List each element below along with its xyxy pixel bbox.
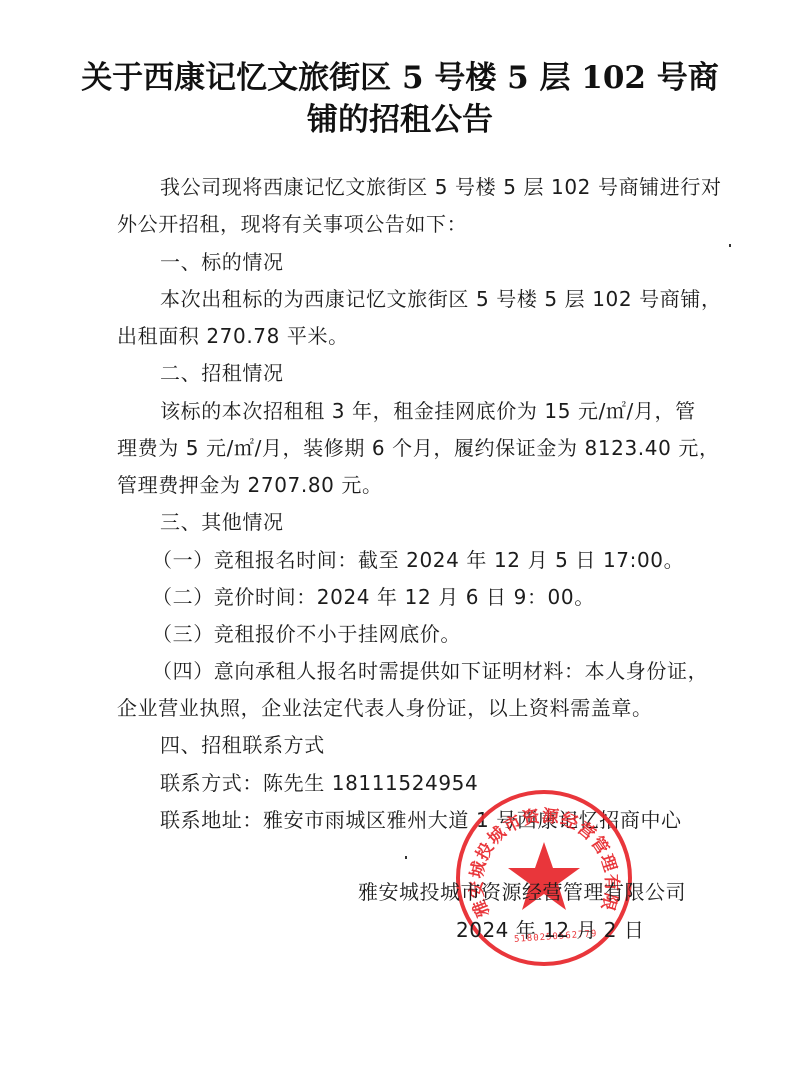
intro-line-1: 我公司现将西康记忆文旅街区 5 号楼 5 层 102 号商铺进行对: [160, 171, 722, 200]
intro-line-2: 外公开招租，现将有关事项公告如下：: [117, 208, 467, 237]
title-line-2: 铺的招租公告: [60, 94, 740, 139]
section-heading-2: 二、招租情况: [160, 357, 284, 386]
section-3-item-4: （四）意向承租人报名时需提供如下证明材料：本人身份证，: [152, 655, 708, 684]
section-2-line-3: 管理费押金为 2707.80 元。: [117, 469, 383, 498]
contact-phone: 联系方式：陈先生 18111524954: [160, 767, 478, 796]
signature-date: 2024 年 12 月 2 日: [456, 914, 644, 943]
scan-speck: [405, 856, 407, 859]
section-2-line-1: 该标的本次招租租 3 年，租金挂网底价为 15 元/㎡/月，管: [160, 395, 696, 424]
section-3-item-4-cont: 企业营业执照，企业法定代表人身份证，以上资料需盖章。: [117, 692, 653, 721]
section-1-line-1: 本次出租标的为西康记忆文旅街区 5 号楼 5 层 102 号商铺，: [160, 283, 722, 312]
title-line-1: 关于西康记忆文旅街区 5 号楼 5 层 102 号商: [60, 52, 740, 97]
section-1-line-2: 出租面积 270.78 平米。: [117, 320, 349, 349]
document-page: 关于西康记忆文旅街区 5 号楼 5 层 102 号商 铺的招租公告 我公司现将西…: [0, 0, 800, 1074]
section-3-item-3: （三）竞租报价不小于挂网底价。: [152, 618, 461, 647]
section-heading-1: 一、标的情况: [160, 246, 284, 275]
section-3-item-1: （一）竞租报名时间：截至 2024 年 12 月 5 日 17:00。: [152, 544, 684, 573]
scan-speck: [729, 244, 731, 247]
section-3-item-2: （二）竞价时间：2024 年 12 月 6 日 9：00。: [152, 581, 595, 610]
section-heading-3: 三、其他情况: [160, 506, 284, 535]
signature-company: 雅安城投城市资源经营管理有限公司: [358, 876, 686, 905]
section-2-line-2: 理费为 5 元/㎡/月，装修期 6 个月，履约保证金为 8123.40 元，: [117, 432, 720, 461]
section-heading-4: 四、招租联系方式: [160, 729, 325, 758]
